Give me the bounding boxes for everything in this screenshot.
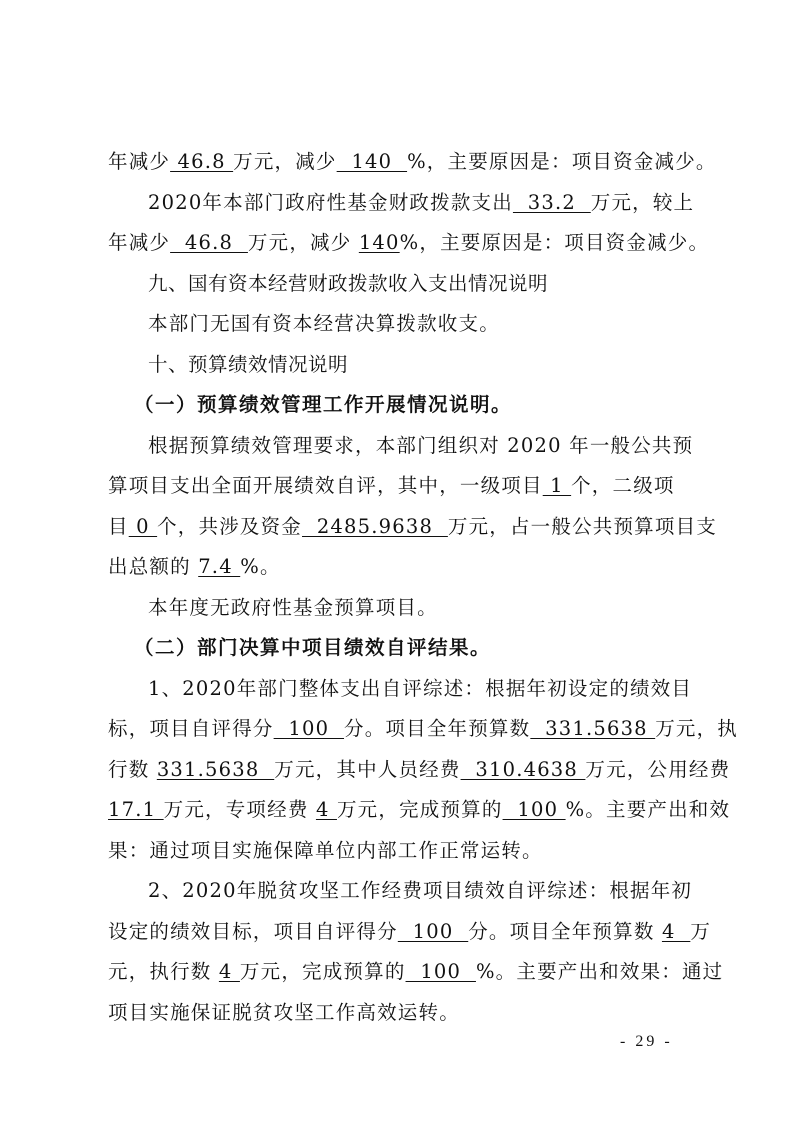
paragraph-line: 元，执行数 4 万元，完成预算的 100 %。主要产出和效果：通过 [108, 952, 688, 993]
subsection-heading-1: （一）预算绩效管理工作开展情况说明。 [108, 385, 688, 426]
underlined-value: 4 [219, 960, 240, 983]
text: 目 [108, 515, 129, 538]
paragraph-line: 出总额的 7.4 %。 [108, 547, 688, 588]
paragraph-line: 算项目支出全面开展绩效自评，其中，一级项目 1 个，二级项 [108, 466, 688, 507]
text: 元，执行数 [108, 960, 219, 983]
text: 标，项目自评得分 [108, 717, 274, 740]
underlined-value: 100 [398, 920, 468, 943]
paragraph-line: 年减少 46.8 万元，减少 140 %，主要原因是：项目资金减少。 [108, 142, 688, 183]
underlined-value: 7.4 [198, 555, 240, 578]
paragraph-line: 年减少 46.8 万元，减少 140%，主要原因是：项目资金减少。 [108, 223, 688, 264]
paragraph-line: 目 0 个，共涉及资金 2485.9638 万元，占一般公共预算项目支 [108, 507, 688, 548]
paragraph-line: 1、2020年部门整体支出自评综述：根据年初设定的绩效目 [108, 669, 688, 710]
section-heading-10: 十、预算绩效情况说明 [108, 345, 688, 386]
underlined-value: 100 [503, 798, 566, 821]
paragraph-line: 果：通过项目实施保障单位内部工作正常运转。 [108, 831, 688, 872]
underlined-value: 33.2 [513, 191, 591, 214]
paragraph-line: 2020年本部门政府性基金财政拨款支出 33.2 万元，较上 [108, 183, 688, 224]
paragraph-line: 根据预算绩效管理要求，本部门组织对 2020 年一般公共预 [108, 426, 688, 467]
text: %，主要原因是：项目资金减少。 [400, 231, 710, 254]
underlined-value: 0 [129, 515, 157, 538]
text: 万元，执 [655, 717, 738, 740]
section-heading-9: 九、国有资本经营财政拨款收入支出情况说明 [108, 264, 688, 305]
text: 万元，专项经费 [164, 798, 316, 821]
text: 出总额的 [108, 555, 198, 578]
underlined-value: 331.5638 [530, 717, 655, 740]
paragraph-line: 17.1 万元，专项经费 4 万元，完成预算的 100 %。主要产出和效 [108, 790, 688, 831]
underlined-value: 100 [274, 717, 344, 740]
text: %，主要原因是：项目资金减少。 [407, 150, 717, 173]
underlined-value: 140 [359, 231, 400, 254]
underlined-value: 331.5638 [157, 758, 274, 781]
text: 行数 [108, 758, 157, 781]
paragraph-line: 标，项目自评得分 100 分。项目全年预算数 331.5638 万元，执 [108, 709, 688, 750]
text: 分。项目全年预算数 [344, 717, 530, 740]
paragraph-line: 2、2020年脱贫攻坚工作经费项目绩效自评综述：根据年初 [108, 871, 688, 912]
text: 万元，完成预算的 [240, 960, 406, 983]
text: 个，二级项 [571, 474, 675, 497]
paragraph-line: 行数 331.5638 万元，其中人员经费 310.4638 万元，公用经费 [108, 750, 688, 791]
underlined-value: 17.1 [108, 798, 164, 821]
text: 2020年本部门政府性基金财政拨款支出 [148, 191, 513, 214]
text: 年减少 [108, 150, 170, 173]
text: 个，共涉及资金 [157, 515, 302, 538]
underlined-value: 46.8 [170, 231, 248, 254]
underlined-value: 4 [662, 920, 690, 943]
document-page: 年减少 46.8 万元，减少 140 %，主要原因是：项目资金减少。 2020年… [108, 142, 688, 1033]
text: 万元，公用经费 [585, 758, 730, 781]
paragraph-line: 本部门无国有资本经营决算拨款收支。 [108, 304, 688, 345]
text: 分。项目全年预算数 [468, 920, 662, 943]
underlined-value: 46.8 [170, 150, 233, 173]
text: 万 [690, 920, 711, 943]
text: 万元，减少 [248, 231, 359, 254]
text: 设定的绩效目标，项目自评得分 [108, 920, 398, 943]
paragraph-line: 设定的绩效目标，项目自评得分 100 分。项目全年预算数 4 万 [108, 912, 688, 953]
subsection-heading-2: （二）部门决算中项目绩效自评结果。 [108, 628, 688, 669]
text: 算项目支出全面开展绩效自评，其中，一级项目 [108, 474, 543, 497]
underlined-value: 4 [316, 798, 337, 821]
paragraph-line: 本年度无政府性基金预算项目。 [108, 588, 688, 629]
text: 万元，占一般公共预算项目支 [448, 515, 717, 538]
text: 万元，完成预算的 [337, 798, 503, 821]
text: 万元，减少 [233, 150, 337, 173]
page-number: - 29 - [620, 1033, 673, 1051]
paragraph-line: 项目实施保证脱贫攻坚工作高效运转。 [108, 993, 688, 1034]
underlined-value: 310.4638 [461, 758, 586, 781]
text: %。主要产出和效果：通过 [476, 960, 723, 983]
underlined-value: 100 [406, 960, 476, 983]
underlined-value: 140 [337, 150, 407, 173]
text: %。主要产出和效 [566, 798, 731, 821]
underlined-value: 1 [543, 474, 571, 497]
text: %。 [240, 555, 280, 578]
text: 万元，较上 [591, 191, 695, 214]
text: 万元，其中人员经费 [274, 758, 460, 781]
text: 年减少 [108, 231, 170, 254]
underlined-value: 2485.9638 [302, 515, 448, 538]
